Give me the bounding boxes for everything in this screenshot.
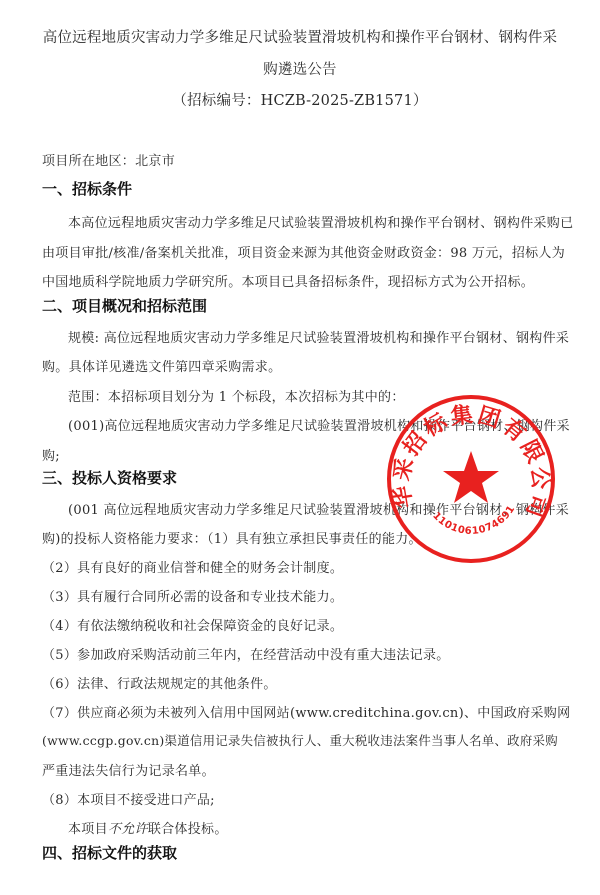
section-heading-3: 三、投标人资格要求 [42, 467, 177, 488]
tender-number: （招标编号：HCZB-2025-ZB1571） [0, 89, 600, 110]
section-heading-4: 四、招标文件的获取 [42, 842, 177, 863]
announcement-page: 高位远程地质灾害动力学多维足尺试验装置滑坡机构和操作平台钢材、钢构件采 购遴选公… [0, 0, 600, 895]
section-1-line-3: 中国地质科学院地质力学研究所。本项目已具备招标条件，现招标方式为公开招标。 [42, 271, 534, 290]
project-location: 项目所在地区：北京市 [42, 150, 175, 169]
section-2-line-4: (001)高位远程地质灾害动力学多维足尺试验装置滑坡机构和操作平台钢材、钢构件采 [68, 415, 570, 434]
section-3-line-8: （7）供应商必须为未被列入信用中国网站(www.creditchina.gov.… [42, 702, 570, 721]
section-heading-1: 一、招标条件 [42, 178, 132, 199]
section-heading-2: 二、项目概况和招标范围 [42, 295, 207, 316]
section-2-line-1: 规模: 高位远程地质灾害动力学多维足尺试验装置滑坡机构和操作平台钢材、钢构件采 [68, 327, 569, 346]
section-2-line-3: 范围：本招标项目划分为 1 个标段，本次招标为其中的： [68, 386, 405, 405]
section-3-line-5: （4）有依法缴纳税收和社会保障资金的良好记录。 [42, 615, 343, 634]
section-2-line-2: 购。具体详见遴选文件第四章采购需求。 [42, 356, 281, 375]
section-3-line-2: 购)的投标人资格能力要求：（1）具有独立承担民事责任的能力。 [42, 528, 422, 547]
section-1-line-1: 本高位远程地质灾害动力学多维足尺试验装置滑坡机构和操作平台钢材、钢构件采购已 [68, 212, 573, 231]
title-line-2: 购遴选公告 [0, 58, 600, 79]
section-3-line-6: （5）参加政府采购活动前三年内，在经营活动中没有重大违法记录。 [42, 644, 450, 663]
consortium-line: 本项目不允许联合体投标。 [68, 818, 228, 837]
section-3-line-4: （3）具有履行合同所必需的设备和专业技术能力。 [42, 586, 343, 605]
section-3-line-3: （2）具有良好的商业信誉和健全的财务会计制度。 [42, 557, 343, 576]
title-line-1: 高位远程地质灾害动力学多维足尺试验装置滑坡机构和操作平台钢材、钢构件采 [0, 26, 600, 47]
consortium-prefix: 本项目 [68, 822, 108, 837]
section-3-line-11: （8）本项目不接受进口产品; [42, 789, 215, 808]
section-3-line-1: (001 高位远程地质灾害动力学多维足尺试验装置滑坡机构和操作平台钢材、钢构件采 [68, 499, 569, 518]
consortium-italic: 不允许 [108, 822, 148, 837]
section-1-line-2: 由项目审批/核准/备案机关批准，项目资金来源为其他资金财政资金：98 万元，招标… [42, 242, 565, 261]
section-2-line-5: 购; [42, 445, 60, 464]
consortium-suffix: 联合体投标。 [148, 822, 228, 837]
section-3-line-7: （6）法律、行政法规规定的其他条件。 [42, 673, 277, 692]
section-3-line-9: (www.ccgp.gov.cn)渠道信用记录失信被执行人、重大税收违法案件当事… [42, 731, 558, 749]
section-3-line-10: 严重违法失信行为记录名单。 [42, 760, 215, 779]
